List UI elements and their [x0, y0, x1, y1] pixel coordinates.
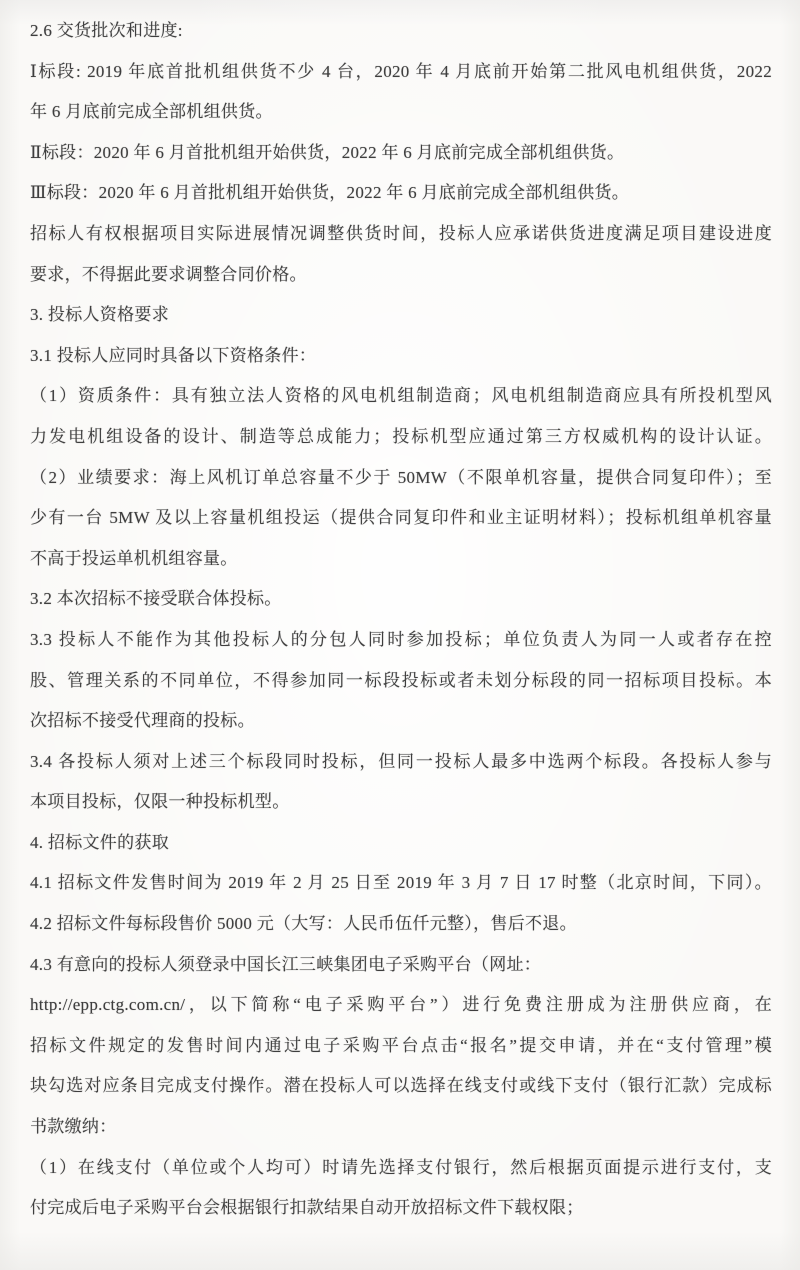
text-line: （1）在线支付（单位或个人均可）时请先选择支付银行，然后根据页面提示进行支付，支 — [30, 1148, 772, 1189]
text-line: 招标人有权根据项目实际进展情况调整供货时间，投标人应承诺供货进度满足项目建设进度 — [30, 214, 772, 255]
text-line: 块勾选对应条目完成支付操作。潜在投标人可以选择在线支付或线下支付（银行汇款）完成… — [30, 1066, 772, 1107]
text-line: 3. 投标人资格要求 — [30, 295, 772, 336]
text-line: 招标文件规定的发售时间内通过电子采购平台点击“报名”提交申请，并在“支付管理”模 — [30, 1026, 772, 1067]
document-body: 2.6 交货批次和进度:Ⅰ标段: 2019 年底首批机组供货不少 4 台，202… — [30, 11, 772, 1229]
text-line: 4. 招标文件的获取 — [30, 823, 772, 864]
text-line: 4.2 招标文件每标段售价 5000 元（大写：人民币伍仟元整），售后不退。 — [30, 904, 772, 945]
text-line: Ⅰ标段: 2019 年底首批机组供货不少 4 台，2020 年 4 月底前开始第… — [30, 52, 772, 93]
text-line: 3.2 本次招标不接受联合体投标。 — [30, 579, 772, 620]
scanned-page: 2.6 交货批次和进度:Ⅰ标段: 2019 年底首批机组供货不少 4 台，202… — [0, 0, 800, 1270]
text-line: （2）业绩要求：海上风机订单总容量不少于 50MW（不限单机容量，提供合同复印件… — [30, 458, 772, 499]
text-line: http://epp.ctg.com.cn/，以下简称“电子采购平台”）进行免费… — [30, 985, 772, 1026]
text-line: 年 6 月底前完成全部机组供货。 — [30, 92, 772, 133]
text-line: 股、管理关系的不同单位，不得参加同一标段投标或者未划分标段的同一招标项目投标。本 — [30, 661, 772, 702]
text-line: 4.1 招标文件发售时间为 2019 年 2 月 25 日至 2019 年 3 … — [30, 863, 772, 904]
text-line: 力发电机组设备的设计、制造等总成能力；投标机型应通过第三方权威机构的设计认证。 — [30, 417, 772, 458]
text-line: 2.6 交货批次和进度: — [30, 11, 772, 52]
text-line: 3.3 投标人不能作为其他投标人的分包人同时参加投标；单位负责人为同一人或者存在… — [30, 620, 772, 661]
text-line: 3.1 投标人应同时具备以下资格条件： — [30, 336, 772, 377]
text-line: 次招标不接受代理商的投标。 — [30, 701, 772, 742]
text-line: Ⅱ标段：2020 年 6 月首批机组开始供货，2022 年 6 月底前完成全部机… — [30, 133, 772, 174]
text-line: 本项目投标，仅限一种投标机型。 — [30, 782, 772, 823]
text-line: 要求，不得据此要求调整合同价格。 — [30, 255, 772, 296]
text-line: 少有一台 5MW 及以上容量机组投运（提供合同复印件和业主证明材料）；投标机组单… — [30, 498, 772, 539]
text-line: 付完成后电子采购平台会根据银行扣款结果自动开放招标文件下载权限； — [30, 1188, 772, 1229]
text-line: 3.4 各投标人须对上述三个标段同时投标，但同一投标人最多中选两个标段。各投标人… — [30, 742, 772, 783]
text-line: 4.3 有意向的投标人须登录中国长江三峡集团电子采购平台（网址： — [30, 945, 772, 986]
text-line: （1）资质条件：具有独立法人资格的风电机组制造商；风电机组制造商应具有所投机型风 — [30, 376, 772, 417]
text-line: Ⅲ标段：2020 年 6 月首批机组开始供货，2022 年 6 月底前完成全部机… — [30, 173, 772, 214]
text-line: 书款缴纳： — [30, 1107, 772, 1148]
text-line: 不高于投运单机机组容量。 — [30, 539, 772, 580]
